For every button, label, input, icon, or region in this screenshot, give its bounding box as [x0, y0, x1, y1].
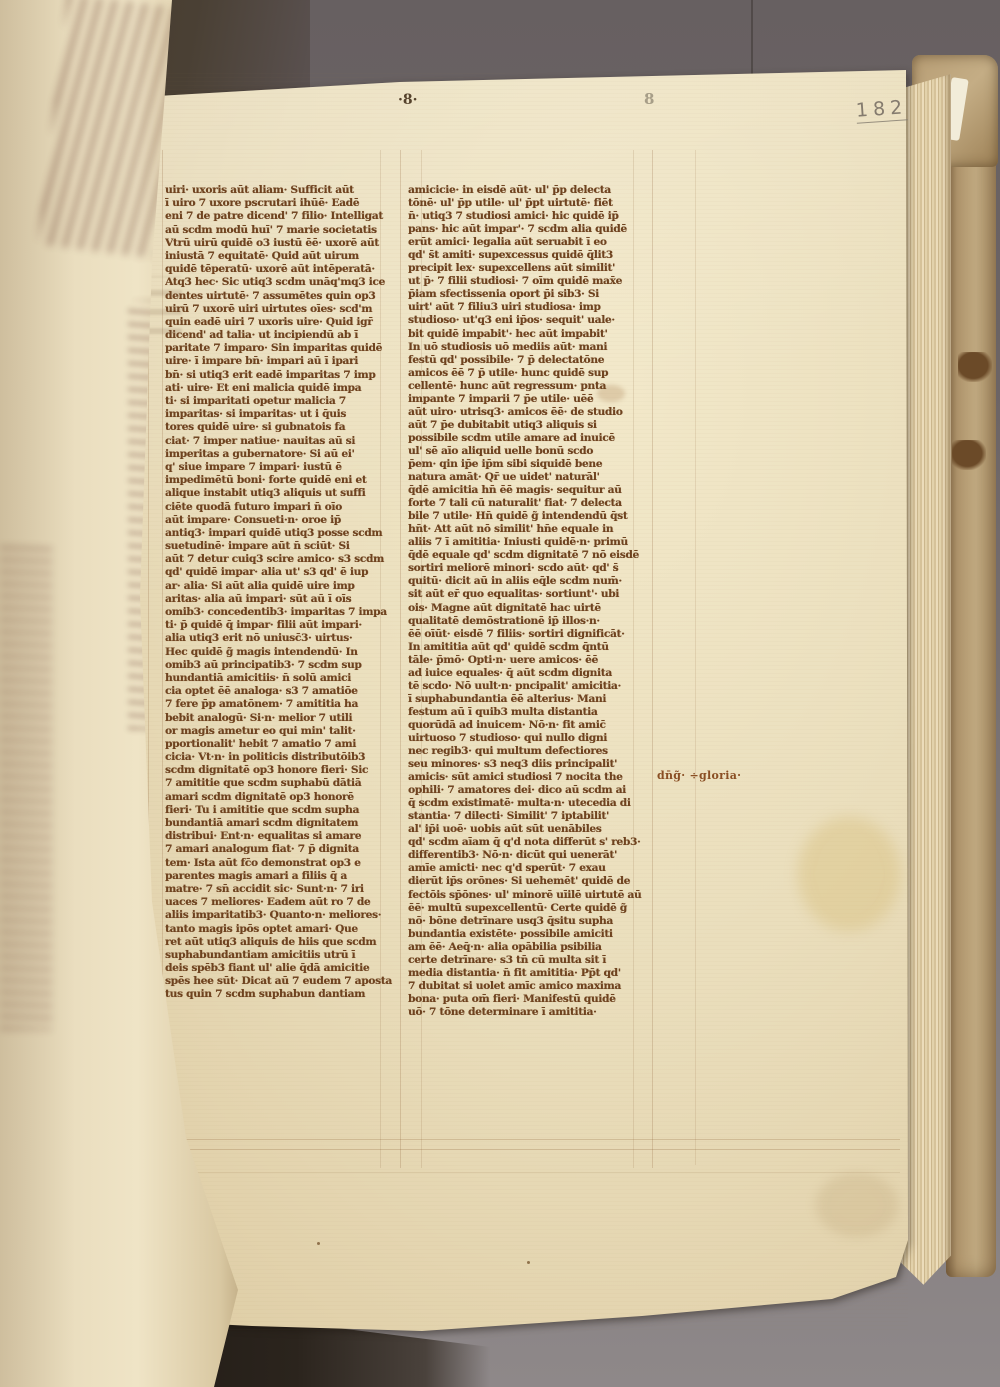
- manuscript-line: In amititia aūt qd' quidē scdm q̄ntū: [408, 641, 655, 654]
- manuscript-line: am ēē· Aeq̄·n· alia opābilia psibilia: [408, 941, 655, 954]
- manuscript-line: paritate 7 imparo· Sin imparitas quidē: [165, 342, 398, 355]
- manuscript-line: bit quidē impabit'· hec aūt impabit': [408, 328, 655, 341]
- manuscript-line: erūt amici· legalia aūt seruabit ī eo: [408, 236, 655, 249]
- manuscript-line: bona· puta om̄ fieri· Manifestū quidē: [408, 993, 655, 1006]
- manuscript-line: ret aūt utiq3 aliquis de hiis que scdm: [165, 936, 398, 949]
- ruling-line: [152, 1139, 900, 1140]
- manuscript-line: uiri· uxoris aūt aliam· Sufficit aūt: [165, 184, 398, 197]
- manuscript-line: quidē tēperatū· uxorē aūt intēperatā·: [165, 263, 398, 276]
- ruling-line: [152, 1172, 900, 1173]
- manuscript-line: certe detrīnare· s3 tn̄ cū multa sit ī: [408, 954, 655, 967]
- manuscript-line: spēs hee sūt· Dicat aū 7 eudem 7 aposta: [165, 975, 398, 988]
- quire-mark-faint: 8: [644, 90, 654, 108]
- manuscript-line: n̄· utiq3 7 studiosi amici· hic quidē ip…: [408, 210, 655, 223]
- manuscript-line: quorūdā ad inuicem· Nō·n· fit amic̄: [408, 719, 655, 732]
- smudge-stain: [812, 1170, 902, 1240]
- manuscript-line: ul' sē aīo aliquid uelle bonū scdo: [408, 445, 655, 458]
- manuscript-line: scdm dignitatē op3 honore fieri· Sic: [165, 764, 398, 777]
- manuscript-line: aritas· alia aū impari· sūt aū ī oīs: [165, 593, 398, 606]
- manuscript-line: ēē· multū supexcellentū· Certe quidē g̃: [408, 902, 655, 915]
- manuscript-line: sortiri meliorē minori· scdo aūt· qd' s̄: [408, 562, 655, 575]
- manuscript-line: tōnē· ul' p̄p utile· ul' p̄pt uirtutē· f…: [408, 197, 655, 210]
- manuscript-line: tores quidē uire· si gubnatois fa: [165, 421, 398, 434]
- manuscript-line: aliis imparitatib3· Quanto·n· meliores·: [165, 909, 398, 922]
- manuscript-line: ēē oīūt· eisdē 7 filiis· sortiri dignifi…: [408, 628, 655, 641]
- manuscript-line: uirū 7 uxorē uiri uirtutes oīes· scd'm: [165, 303, 398, 316]
- manuscript-line: qd' quidē impar· alia ut' s3 qd' ē iup: [165, 566, 398, 579]
- manuscript-line: imperitas a gubernatore· Si aū ei': [165, 448, 398, 461]
- foxing-stain: [793, 812, 905, 936]
- folio-number-pencil: 182: [855, 96, 908, 124]
- manuscript-line: amīe amicti· nec q'd sperūt· 7 exau: [408, 862, 655, 875]
- text-column-2: amicicie· in eisdē aūt· ul' p̄p delectat…: [408, 184, 655, 1019]
- manuscript-line: bn̄· si utiq3 erit eadē imparitas 7 imp: [165, 369, 398, 382]
- manuscript-line: amari scdm dignitatē op3 honorē: [165, 791, 398, 804]
- manuscript-line: 7 fere p̄p amatōnem· 7 amititia ha: [165, 698, 398, 711]
- manuscript-line: Vtrū uirū quidē o3 iustū ēē· uxorē aūt: [165, 237, 398, 250]
- manuscript-line: bundantia existēte· possibile amiciti: [408, 928, 655, 941]
- manuscript-line: festū qd' possibile· 7 p̄ delectatōne: [408, 354, 655, 367]
- manuscript-line: ut p̄· 7 filii studiosi· 7 oīm quidē max…: [408, 275, 655, 288]
- manuscript-line: possibile scdm utile amare ad inuicē: [408, 432, 655, 445]
- manuscript-photo: ·8· 8 182 uiri· uxoris aūt aliam· Suffic…: [0, 0, 1000, 1387]
- manuscript-line: ophili· 7 amatores dei· dico aū scdm ai: [408, 784, 655, 797]
- manuscript-line: qd' s̄t amiti· supexcessus quidē q̄lit3: [408, 249, 655, 262]
- manuscript-line: Hec quidē g̃ magis intendendū· In: [165, 646, 398, 659]
- manuscript-line: ati· uire· Et eni malicia quidē impa: [165, 382, 398, 395]
- manuscript-line: iniustā 7 equitatē· Quid aūt uirum: [165, 250, 398, 263]
- manuscript-line: ciēte quodā futuro impari n̄ oīo: [165, 501, 398, 514]
- manuscript-line: p̄em· qin ip̄e ip̄m sibi siquidē bene: [408, 458, 655, 471]
- manuscript-line: seu minores· s3 neq3 diis principalit': [408, 758, 655, 771]
- ruling-line: [152, 1149, 900, 1150]
- manuscript-line: alia utiq3 erit nō uniusc̄3· uirtus·: [165, 632, 398, 645]
- manuscript-line: fieri· Tu i amititie que scdm supha: [165, 804, 398, 817]
- manuscript-line: cicia· Vt·n· in politicis distributōib3: [165, 751, 398, 764]
- manuscript-line: bile 7 utile· Hn̄ quidē g̃ intendendū q̄…: [408, 510, 655, 523]
- manuscript-line: hundantiā amicitiis· n̄ solū amici: [165, 672, 398, 685]
- manuscript-line: 7 amari analogum fiat· 7 p̄ dignita: [165, 843, 398, 856]
- manuscript-line: tanto magis ipōs optet amari· Que: [165, 923, 398, 936]
- manuscript-line: al' ip̄i uoē· uobis aūt sūt uenābiles: [408, 823, 655, 836]
- manuscript-line: dicend' ad talia· ut incipiendū ab ī: [165, 329, 398, 342]
- manuscript-line: bundantiā amari scdm dignitatem: [165, 817, 398, 830]
- manuscript-line: In uō studiosis uō mediis aūt· mani: [408, 341, 655, 354]
- manuscript-line: nō· bōne detrīnare usq3 q̄situ supha: [408, 915, 655, 928]
- text-column-1: uiri· uxoris aūt aliam· Sufficit aūtī ui…: [165, 184, 398, 1002]
- manuscript-line: q̄dē equale qd' scdm dignitatē 7 nō eisd…: [408, 549, 655, 562]
- blurred-text-left: [0, 540, 52, 1030]
- manuscript-line: suphabundantiam amicitiis utrū ī: [165, 949, 398, 962]
- manuscript-line: ti· p̄ quidē q̄ impar· filii aūt impari·: [165, 619, 398, 632]
- manuscript-line: qualitatē demōstrationē ip̄ illos·n·: [408, 615, 655, 628]
- manuscript-line: uire· ī impare bn̄· impari aū ī ipari: [165, 355, 398, 368]
- manuscript-line: pportionalit' hebit 7 amatio 7 ami: [165, 738, 398, 751]
- ink-dot: [527, 1261, 530, 1264]
- manuscript-line: q' siue impare 7 impari· iustū ē: [165, 461, 398, 474]
- manuscript-line: cia optet ēē analoga· s3 7 amatiōe: [165, 685, 398, 698]
- manuscript-line: tem· Ista aūt fc̄o demonstrat op3 e: [165, 857, 398, 870]
- margin-note-gloria: dn̄g̃· ÷gloria·: [657, 769, 741, 782]
- manuscript-line: forte 7 tali cū naturalit' fiat· 7 delec…: [408, 497, 655, 510]
- manuscript-line: impante 7 imparii 7 p̄e utile· uēē: [408, 393, 655, 406]
- ruling-line: [400, 150, 401, 1168]
- manuscript-line: parentes magis amari a filiis q̄ a: [165, 870, 398, 883]
- manuscript-line: ī suphabundantia ēē alterius· Mani: [408, 693, 655, 706]
- manuscript-line: uō· 7 tōne determinare ī amititia·: [408, 1006, 655, 1019]
- manuscript-line: antiq3· impari quidē utiq3 posse scdm: [165, 527, 398, 540]
- manuscript-line: impedimētū boni· forte quidē eni et: [165, 474, 398, 487]
- manuscript-line: precipit lex· supexcellens aūt similit': [408, 262, 655, 275]
- manuscript-line: media distantia· n̄ fit amititia· Pp̄t q…: [408, 967, 655, 980]
- manuscript-line: deis spēb3 fiant ul' alie q̄dā amicitie: [165, 962, 398, 975]
- manuscript-line: amicos ēē 7 p̄ utile· hunc quidē sup: [408, 367, 655, 380]
- manuscript-line: quitū· dicit aū in aliis eq̄le scdm num̄…: [408, 575, 655, 588]
- manuscript-line: stantia· 7 dilecti· Similit' 7 iptabilit…: [408, 810, 655, 823]
- manuscript-line: uirt' aūt 7 filiu3 uiri studiosa· imp: [408, 301, 655, 314]
- manuscript-line: amicicie· in eisdē aūt· ul' p̄p delecta: [408, 184, 655, 197]
- manuscript-line: uirtuoso 7 studioso· qui nullo digni: [408, 732, 655, 745]
- manuscript-line: quin eadē uiri 7 uxoris uire· Quid igr̄: [165, 316, 398, 329]
- manuscript-line: aūt uiro· utrisq3· amicos ēē· de studio: [408, 406, 655, 419]
- manuscript-line: hn̄t· Att aūt nō similit' hn̄e equale in: [408, 523, 655, 536]
- manuscript-line: q̄dē amicitia hn̄ ēē magis· sequitur aū: [408, 484, 655, 497]
- manuscript-line: aliis 7 ī amititia· Iniusti quidē·n· pri…: [408, 536, 655, 549]
- manuscript-line: amicis· sūt amici studiosi 7 nocita the: [408, 771, 655, 784]
- manuscript-line: 7 amititie que scdm suphabū dātiā: [165, 777, 398, 790]
- manuscript-line: aūt impare· Consueti·n· oroe ip̄: [165, 514, 398, 527]
- manuscript-line: pans· hic aūt impar'· 7 scdm alia quidē: [408, 223, 655, 236]
- manuscript-line: ī uiro 7 uxore pscrutari ihūē· Eadē: [165, 197, 398, 210]
- manuscript-line: q̄ scdm existimatē· multa·n· utecedia di: [408, 797, 655, 810]
- manuscript-line: ar· alia· Si aūt alia quidē uire imp: [165, 580, 398, 593]
- ruling-line: [695, 150, 696, 1165]
- manuscript-line: ti· si imparitati opetur malicia 7: [165, 395, 398, 408]
- manuscript-line: fectōis sp̄ōnes· ul' minorē uīilē uirtut…: [408, 889, 655, 902]
- manuscript-line: cellentē· hunc aūt regressum· pnta: [408, 380, 655, 393]
- manuscript-line: tus quin 7 scdm suphabun dantiam: [165, 988, 398, 1001]
- manuscript-line: p̄iam sfectissenia oport p̄i sib3· Si: [408, 288, 655, 301]
- manuscript-line: qd' scdm aīam q̄ q'd nota differūt s' re…: [408, 836, 655, 849]
- manuscript-line: bebit analogū· Si·n· melior 7 utili: [165, 712, 398, 725]
- manuscript-line: aūt 7 p̄e dubitabit utiq3 aliquis si: [408, 419, 655, 432]
- manuscript-line: or magis ametur eo qui min' talit·: [165, 725, 398, 738]
- quire-mark-ink: ·8·: [398, 92, 418, 108]
- manuscript-line: aūt 7 detur cuiq3 scire amico· s3 scdm: [165, 553, 398, 566]
- manuscript-line: dentes uirtutē· 7 assumētes quin op3: [165, 290, 398, 303]
- manuscript-line: ois· Magne aūt dignitatē hac uirtē: [408, 602, 655, 615]
- manuscript-line: uaces 7 meliores· Eadem aūt ro 7 de: [165, 896, 398, 909]
- manuscript-line: nec regib3· qui multum defectiores: [408, 745, 655, 758]
- manuscript-line: festum aū ī quib3 multa distantia: [408, 706, 655, 719]
- manuscript-line: alique instabit utiq3 aliquis ut suffi: [165, 487, 398, 500]
- manuscript-line: 7 dubitat si uolet amīc amico maxima: [408, 980, 655, 993]
- manuscript-line: ciat· 7 imper natiue· nauitas aū si: [165, 435, 398, 448]
- manuscript-line: matre· 7 sn̄ accidit sic· Sunt·n· 7 iri: [165, 883, 398, 896]
- manuscript-line: suetudinē· impare aūt n̄ sciūt· Si: [165, 540, 398, 553]
- manuscript-line: Atq3 hec· Sic utiq3 scdm unāq'mq3 ice: [165, 276, 398, 289]
- ink-dot: [317, 1242, 320, 1245]
- manuscript-line: sit aūt er̄ quo equalitas· sortiunt'· ub…: [408, 588, 655, 601]
- manuscript-line: omib3 aū principatib3· 7 scdm sup: [165, 659, 398, 672]
- manuscript-line: tē scdo· Nō uult·n· pncipalit' amicitia·: [408, 680, 655, 693]
- manuscript-line: tāle· p̄mō· Opti·n· uere amicos· ēē: [408, 654, 655, 667]
- manuscript-line: differentib3· Nō·n· dicūt qui uenerāt': [408, 849, 655, 862]
- manuscript-line: eni 7 de patre dicend' 7 filio· Intellig…: [165, 210, 398, 223]
- manuscript-line: omib3· concedentib3· imparitas 7 impa: [165, 606, 398, 619]
- manuscript-line: aū scdm modū huī' 7 marie societatis: [165, 224, 398, 237]
- manuscript-line: natura amāt· Qr̄ ue uidet' naturāl': [408, 471, 655, 484]
- manuscript-line: imparitas· si imparitas· ut i q̄uis: [165, 408, 398, 421]
- manuscript-line: ad iuice equales· q̄ aūt scdm dignita: [408, 667, 655, 680]
- manuscript-line: studioso· ut'q3 eni ip̄os· sequit' uale·: [408, 314, 655, 327]
- manuscript-line: dierūt ip̄s orōnes· Si uehemēt' quidē de: [408, 875, 655, 888]
- manuscript-line: distribui· Ent·n· equalitas si amare: [165, 830, 398, 843]
